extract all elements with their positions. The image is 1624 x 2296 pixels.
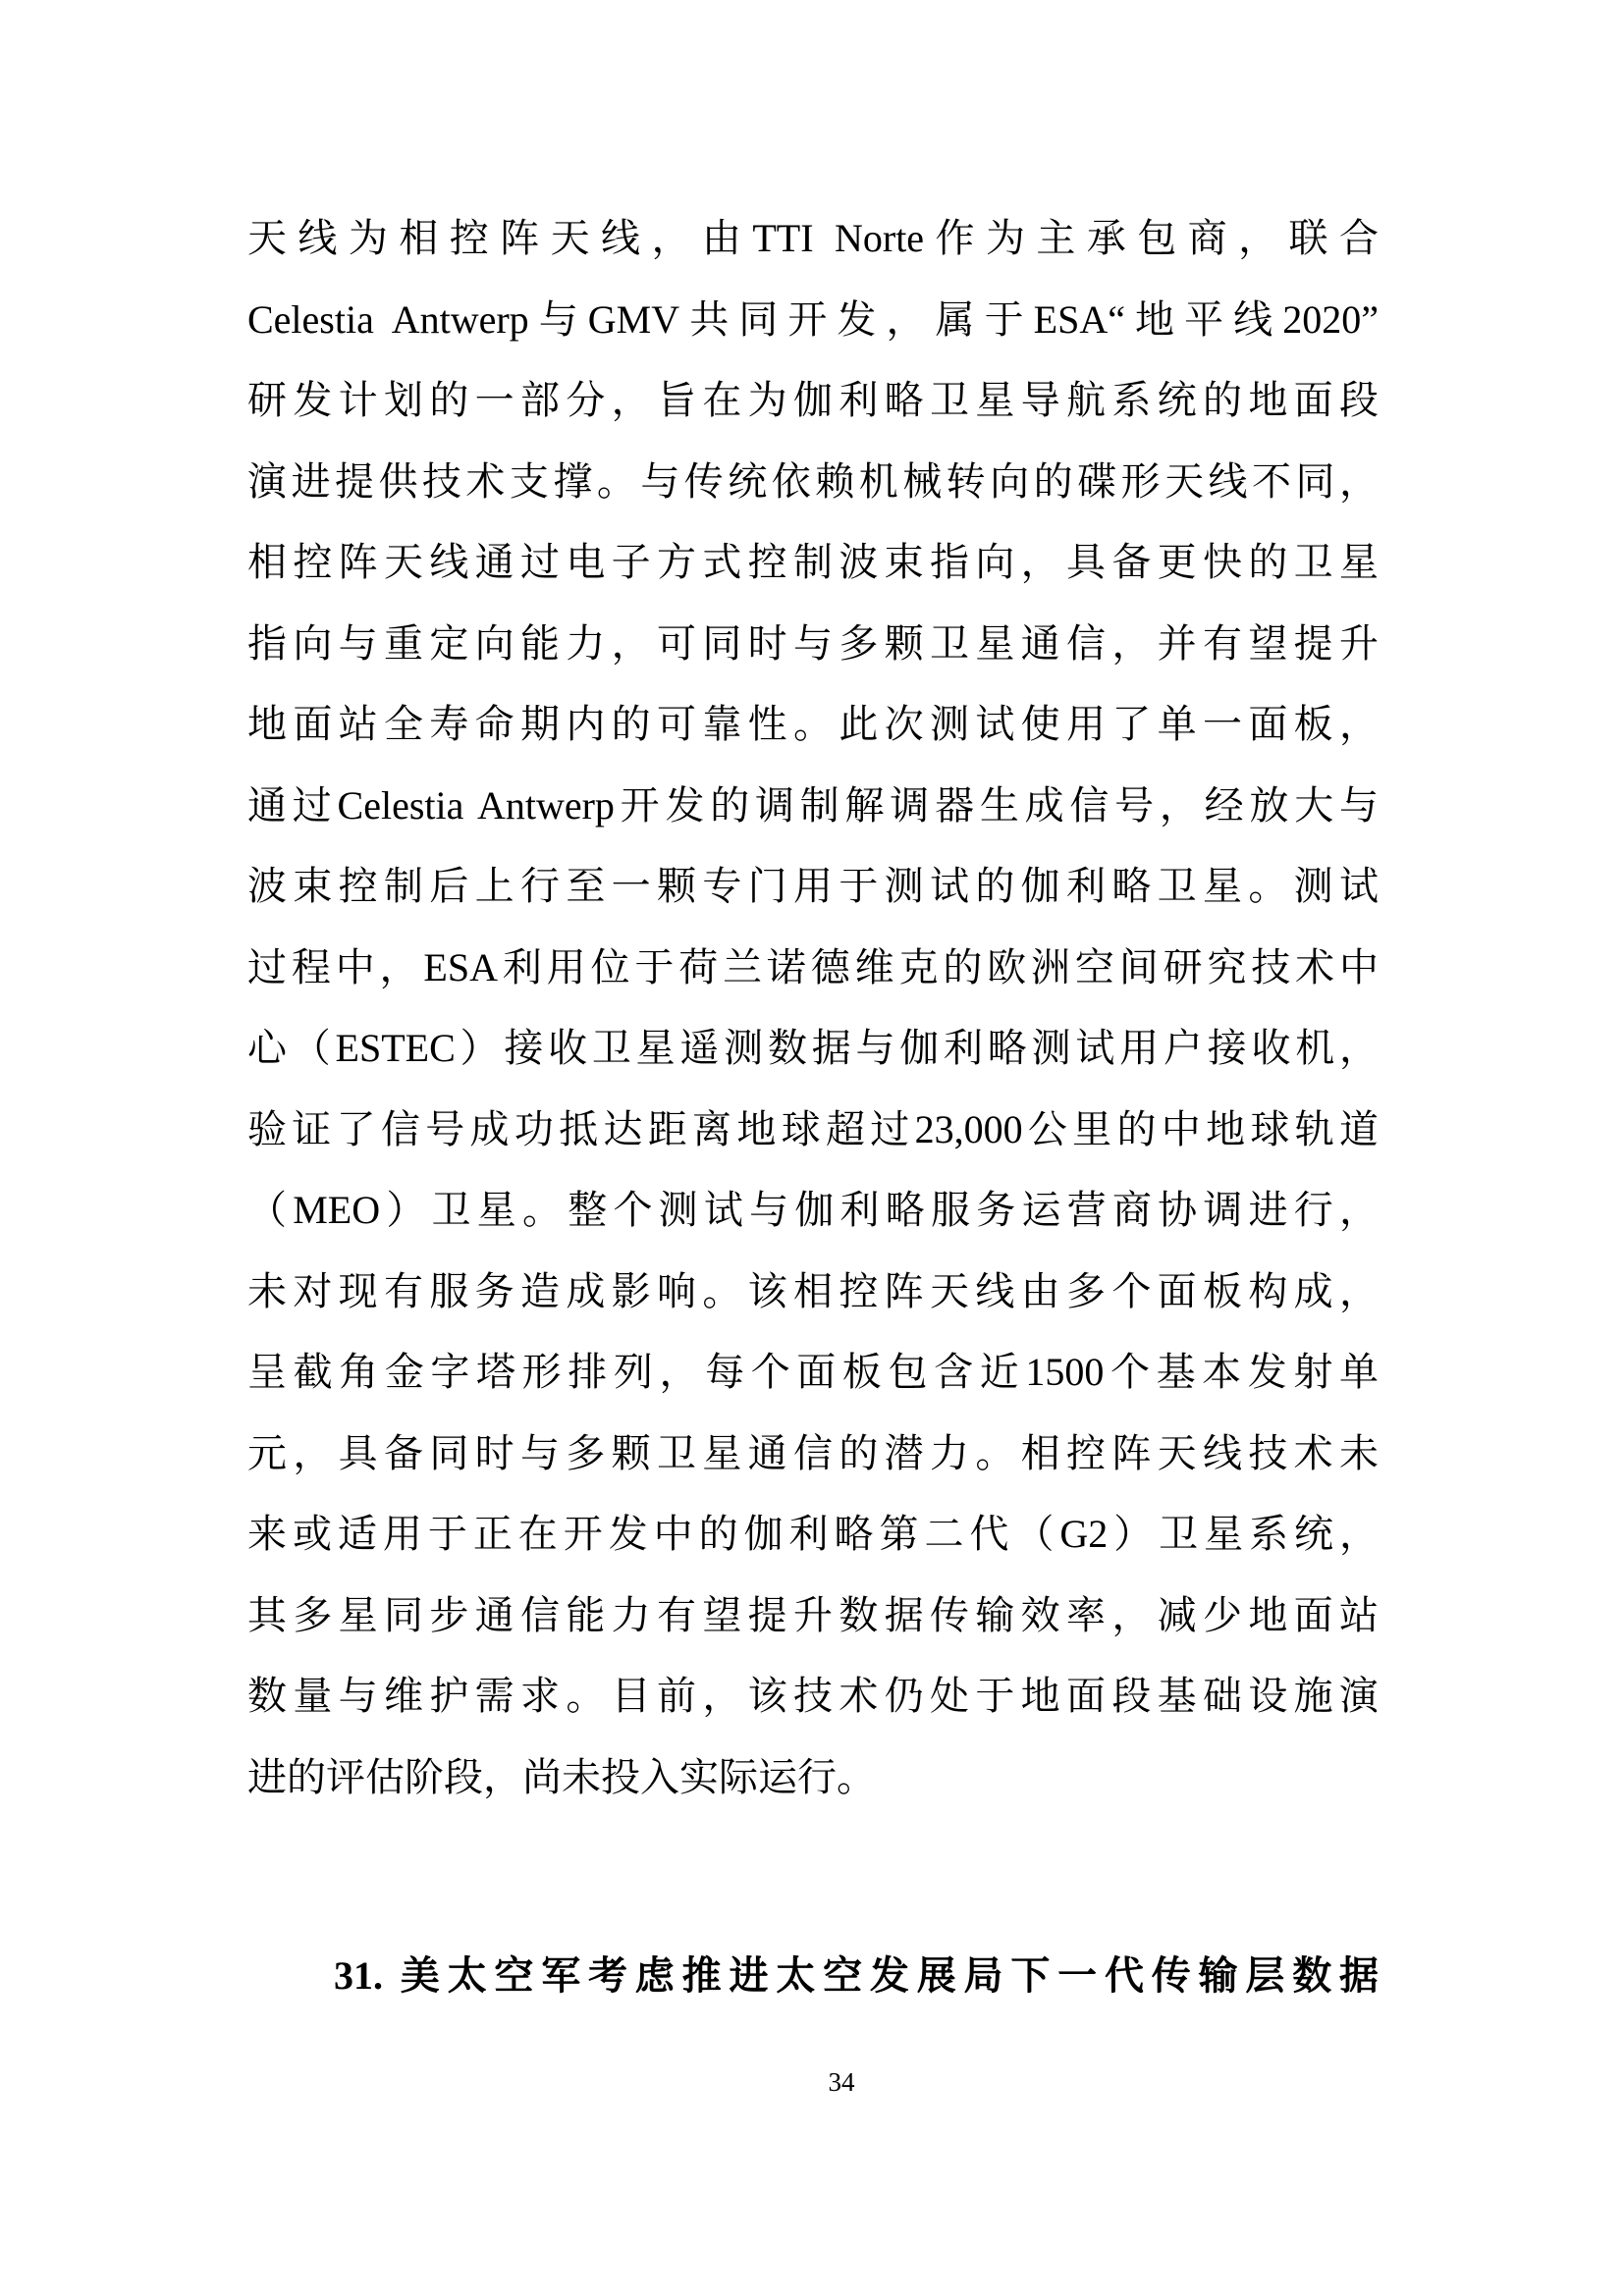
- paragraph-line: Celestia Antwerp与GMV共同开发，属于ESA“地平线2020”: [247, 295, 1379, 377]
- paragraph-line: 心（ESTEC）接收卫星遥测数据与伽利略测试用户接收机，: [247, 1024, 1379, 1105]
- paragraph-line: 演进提供技术支撑。与传统依赖机械转向的碟形天线不同，: [247, 457, 1379, 539]
- paragraph-line: 未对现有服务造成影响。该相控阵天线由多个面板构成，: [247, 1267, 1379, 1349]
- paragraph-line: 波束控制后上行至一颗专门用于测试的伽利略卫星。测试: [247, 862, 1379, 943]
- section-heading: 31. 美太空军考虑推进太空发展局下一代传输层数据: [334, 1951, 1379, 2001]
- paragraph-line: 呈截角金字塔形排列，每个面板包含近1500个基本发射单: [247, 1348, 1379, 1429]
- paragraph-line: 数量与维护需求。目前，该技术仍处于地面段基础设施演: [247, 1672, 1379, 1753]
- body-paragraph: 天线为相控阵天线，由TTI Norte作为主承包商，联合 Celestia An…: [247, 214, 1379, 1834]
- paragraph-line: 元，具备同时与多颗卫星通信的潜力。相控阵天线技术未: [247, 1429, 1379, 1511]
- paragraph-line: 验证了信号成功抵达距离地球超过23,000公里的中地球轨道: [247, 1105, 1379, 1187]
- paragraph-line: 研发计划的一部分，旨在为伽利略卫星导航系统的地面段: [247, 376, 1379, 457]
- document-page: 天线为相控阵天线，由TTI Norte作为主承包商，联合 Celestia An…: [0, 0, 1624, 2296]
- paragraph-line: 地面站全寿命期内的可靠性。此次测试使用了单一面板，: [247, 700, 1379, 781]
- paragraph-line: 相控阵天线通过电子方式控制波束指向，具备更快的卫星: [247, 538, 1379, 619]
- paragraph-line: 进的评估阶段，尚未投入实际运行。: [247, 1753, 1379, 1835]
- paragraph-line: 指向与重定向能力，可同时与多颗卫星通信，并有望提升: [247, 619, 1379, 701]
- paragraph-line: 过程中，ESA利用位于荷兰诺德维克的欧洲空间研究技术中: [247, 943, 1379, 1025]
- paragraph-line: 通过Celestia Antwerp开发的调制解调器生成信号，经放大与: [247, 781, 1379, 863]
- paragraph-line: （MEO）卫星。整个测试与伽利略服务运营商协调进行，: [247, 1186, 1379, 1267]
- paragraph-line: 其多星同步通信能力有望提升数据传输效率，减少地面站: [247, 1591, 1379, 1673]
- paragraph-line: 天线为相控阵天线，由TTI Norte作为主承包商，联合: [247, 214, 1379, 295]
- paragraph-line: 来或适用于正在开发中的伽利略第二代（G2）卫星系统，: [247, 1510, 1379, 1591]
- page-number: 34: [0, 2065, 1624, 2099]
